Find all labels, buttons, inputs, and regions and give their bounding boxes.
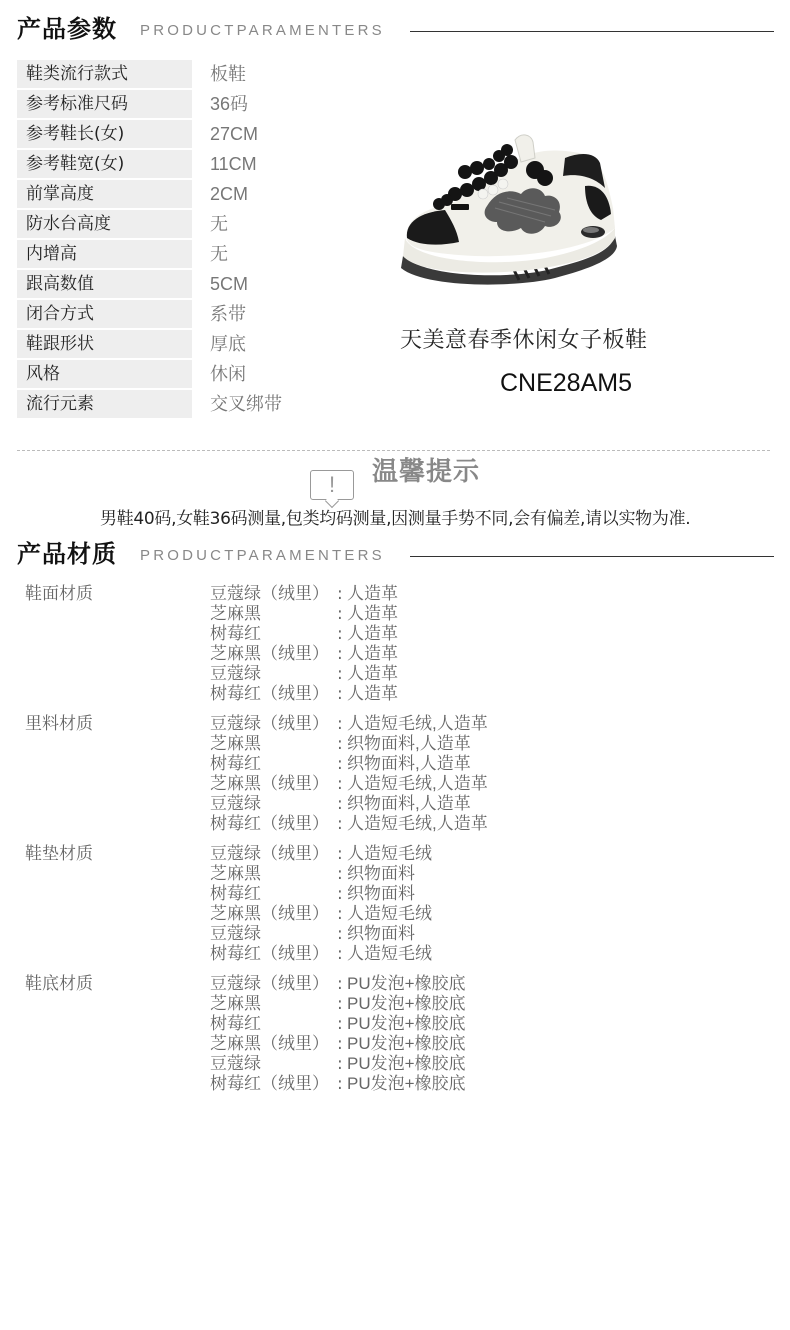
material-color: 芝麻黑 (210, 994, 261, 1014)
param-label: 参考标准尺码 (17, 90, 192, 118)
param-value: 36码 (210, 90, 248, 118)
colon: : (337, 944, 343, 964)
colon: : (337, 644, 343, 664)
param-row: 鞋跟形状厚底 (17, 330, 317, 360)
material-color: 豆蔻绿 (210, 664, 261, 684)
colon: : (337, 864, 343, 884)
param-label: 内增高 (17, 240, 192, 268)
material-color: 芝麻黑（绒里） (210, 904, 329, 924)
dashed-divider (17, 450, 770, 451)
material-group-lining: 里料材质 豆蔻绿（绒里）:人造短毛绒,人造革 芝麻黑:织物面料,人造革 树莓红:… (0, 714, 790, 844)
param-value: 休闲 (210, 360, 246, 388)
notice-title: 温馨提示 (372, 455, 480, 489)
param-value: 交叉绑带 (210, 390, 282, 418)
param-label: 跟高数值 (17, 270, 192, 298)
material-value: 人造短毛绒,人造革 (347, 714, 488, 734)
param-label: 参考鞋长(女) (17, 120, 192, 148)
param-label: 闭合方式 (17, 300, 192, 328)
colon: : (337, 904, 343, 924)
param-value: 无 (210, 240, 228, 268)
material-color: 树莓红（绒里） (210, 1074, 329, 1094)
material-color: 豆蔻绿（绒里） (210, 714, 329, 734)
material-value: 人造革 (347, 584, 398, 604)
material-color: 树莓红 (210, 884, 261, 904)
param-label: 风格 (17, 360, 192, 388)
material-value: 人造革 (347, 604, 398, 624)
param-row: 前掌高度2CM (17, 180, 317, 210)
param-label: 流行元素 (17, 390, 192, 418)
material-color: 树莓红 (210, 754, 261, 774)
material-color: 芝麻黑 (210, 734, 261, 754)
colon: : (337, 774, 343, 794)
param-value: 5CM (210, 270, 248, 298)
material-group-outsole: 鞋底材质 豆蔻绿（绒里）:PU发泡+橡胶底 芝麻黑:PU发泡+橡胶底 树莓红:P… (0, 974, 790, 1104)
material-group-upper: 鞋面材质 豆蔻绿（绒里）:人造革 芝麻黑:人造革 树莓红:人造革 芝麻黑（绒里）… (0, 584, 790, 714)
colon: : (337, 584, 343, 604)
material-value: 织物面料,人造革 (347, 734, 471, 754)
material-color: 芝麻黑（绒里） (210, 774, 329, 794)
colon: : (337, 624, 343, 644)
material-color: 豆蔻绿（绒里） (210, 844, 329, 864)
param-row: 内增高无 (17, 240, 317, 270)
colon: : (337, 814, 343, 834)
exclamation-mark: ! (311, 473, 353, 497)
material-color: 芝麻黑 (210, 864, 261, 884)
section-subtitle: PRODUCTPARAMENTERS (140, 547, 385, 565)
param-row: 风格休闲 (17, 360, 317, 390)
product-code: CNE28AM5 (500, 368, 632, 398)
colon: : (337, 844, 343, 864)
material-value: 人造短毛绒 (347, 944, 432, 964)
param-row: 参考标准尺码36码 (17, 90, 317, 120)
colon: : (337, 604, 343, 624)
material-label: 鞋面材质 (25, 584, 93, 604)
material-color: 豆蔻绿 (210, 794, 261, 814)
material-color: 芝麻黑（绒里） (210, 1034, 329, 1054)
material-value: 人造革 (347, 684, 398, 704)
material-color: 豆蔻绿（绒里） (210, 584, 329, 604)
param-row: 流行元素交叉绑带 (17, 390, 317, 420)
product-name: 天美意春季休闲女子板鞋 (400, 326, 648, 356)
material-label: 鞋垫材质 (25, 844, 93, 864)
material-value: PU发泡+橡胶底 (347, 974, 466, 994)
material-value: 织物面料 (347, 864, 415, 884)
colon: : (337, 974, 343, 994)
param-row: 参考鞋宽(女)11CM (17, 150, 317, 180)
material-value: PU发泡+橡胶底 (347, 994, 466, 1014)
material-color: 芝麻黑（绒里） (210, 644, 329, 664)
param-row: 防水台高度无 (17, 210, 317, 240)
material-value: PU发泡+橡胶底 (347, 1014, 466, 1034)
material-label: 里料材质 (25, 714, 93, 734)
section-rule (410, 31, 774, 32)
param-value: 系带 (210, 300, 246, 328)
material-color: 芝麻黑 (210, 604, 261, 624)
material-value: PU发泡+橡胶底 (347, 1054, 466, 1074)
colon: : (337, 684, 343, 704)
material-color: 树莓红（绒里） (210, 814, 329, 834)
material-value: 人造革 (347, 644, 398, 664)
material-value: 人造革 (347, 624, 398, 644)
colon: : (337, 1014, 343, 1034)
material-color: 豆蔻绿 (210, 924, 261, 944)
param-value: 厚底 (210, 330, 246, 358)
material-value: 人造短毛绒,人造革 (347, 774, 488, 794)
material-value: 织物面料,人造革 (347, 754, 471, 774)
param-row: 鞋类流行款式板鞋 (17, 60, 317, 90)
param-label: 前掌高度 (17, 180, 192, 208)
param-label: 鞋跟形状 (17, 330, 192, 358)
material-color: 豆蔻绿（绒里） (210, 974, 329, 994)
params-table: 鞋类流行款式板鞋 参考标准尺码36码 参考鞋长(女)27CM 参考鞋宽(女)11… (17, 60, 317, 420)
param-value: 11CM (210, 150, 257, 178)
material-value: 织物面料 (347, 924, 415, 944)
colon: : (337, 994, 343, 1014)
colon: : (337, 714, 343, 734)
colon: : (337, 1074, 343, 1094)
colon: : (337, 924, 343, 944)
colon: : (337, 1034, 343, 1054)
param-value: 2CM (210, 180, 248, 208)
materials-section-header: 产品材质 PRODUCTPARAMENTERS (0, 531, 790, 571)
material-color: 树莓红（绒里） (210, 684, 329, 704)
material-value: 人造短毛绒 (347, 904, 432, 924)
material-color: 树莓红（绒里） (210, 944, 329, 964)
product-image (395, 128, 625, 293)
material-color: 豆蔻绿 (210, 1054, 261, 1074)
colon: : (337, 1054, 343, 1074)
param-label: 参考鞋宽(女) (17, 150, 192, 178)
material-label: 鞋底材质 (25, 974, 93, 994)
section-subtitle: PRODUCTPARAMENTERS (140, 22, 385, 40)
param-value: 27CM (210, 120, 258, 148)
exclamation-bubble-icon: ! (310, 470, 354, 500)
params-section-header: 产品参数 PRODUCTPARAMENTERS (0, 6, 790, 46)
colon: : (337, 884, 343, 904)
section-title: 产品材质 (17, 539, 117, 569)
section-title: 产品参数 (17, 14, 117, 44)
param-row: 跟高数值5CM (17, 270, 317, 300)
material-group-insole: 鞋垫材质 豆蔻绿（绒里）:人造短毛绒 芝麻黑:织物面料 树莓红:织物面料 芝麻黑… (0, 844, 790, 974)
param-label: 鞋类流行款式 (17, 60, 192, 88)
material-value: 织物面料 (347, 884, 415, 904)
param-row: 闭合方式系带 (17, 300, 317, 330)
material-color: 树莓红 (210, 624, 261, 644)
colon: : (337, 664, 343, 684)
material-value: 织物面料,人造革 (347, 794, 471, 814)
param-row: 参考鞋长(女)27CM (17, 120, 317, 150)
materials-list: 鞋面材质 豆蔻绿（绒里）:人造革 芝麻黑:人造革 树莓红:人造革 芝麻黑（绒里）… (0, 584, 790, 1104)
material-value: PU发泡+橡胶底 (347, 1074, 466, 1094)
param-label: 防水台高度 (17, 210, 192, 238)
colon: : (337, 754, 343, 774)
param-value: 板鞋 (210, 60, 246, 88)
colon: : (337, 794, 343, 814)
section-rule (410, 556, 774, 557)
colon: : (337, 734, 343, 754)
material-value: 人造短毛绒 (347, 844, 432, 864)
notice-text: 男鞋40码,女鞋36码测量,包类均码测量,因测量手势不同,会有偏差,请以实物为准… (100, 506, 690, 532)
param-value: 无 (210, 210, 228, 238)
material-value: 人造革 (347, 664, 398, 684)
material-color: 树莓红 (210, 1014, 261, 1034)
material-value: 人造短毛绒,人造革 (347, 814, 488, 834)
material-value: PU发泡+橡胶底 (347, 1034, 466, 1054)
